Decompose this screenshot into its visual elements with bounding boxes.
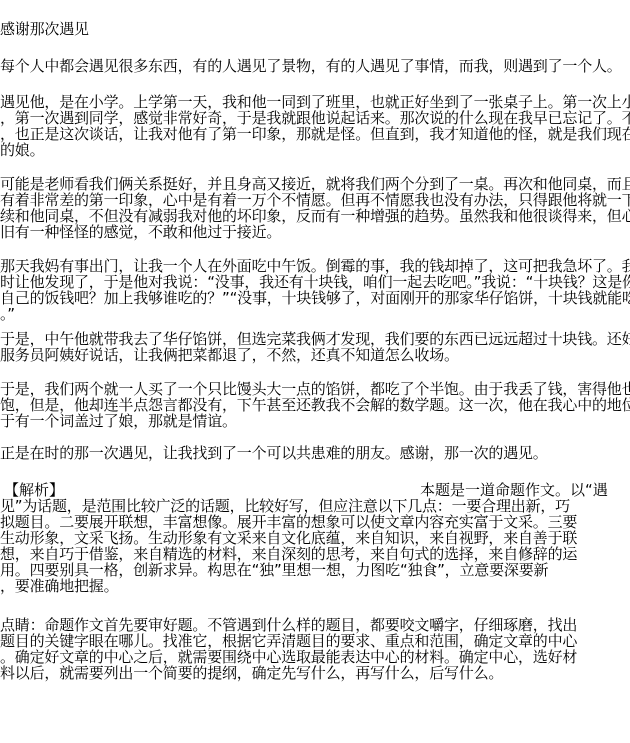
dianjing-line: 料以后，就需要列出一个简要的提纲，确定先写什么，再写什么，后写什么。 [0, 665, 503, 681]
dianjing-line: 题目的关键字眼在哪儿。找准它，根据它弄清题目的要求、重点和范围，确定文章的中心 [0, 633, 577, 649]
paragraph-line: 时让他发现了，于是他对我说：“没事，我还有十块钱，咱们一起去吃吧。”我说：“十块… [0, 274, 630, 290]
analysis-line: 用。四要别具一格，创新求异。构思在“独”里想一想，力图吃“独食”，立意要深要新 [0, 562, 548, 578]
paragraph-line: 有着非常差的第一印象，心中是有着一万个不情愿。但再不情愿我也没有办法，只得跟他将… [0, 192, 630, 208]
paragraph-line: 服务员阿姨好说话，让我俩把菜都退了，不然，还真不知道怎么收场。 [0, 347, 459, 363]
dianjing-line: 。确定好文章的中心之后，就需要围绕中心选取最能表达中心的材料。确定中心，选好材 [0, 649, 577, 665]
analysis-line: 生动形象，文采飞扬。生动形象有文采来自文化底蕴，来自知识，来自视野，来自善于联 [0, 530, 577, 546]
paragraph-line: ，也正是这次谈话，让我对他有了第一印象，那就是怪。但直到，我才知道他的怪，就是我… [0, 126, 630, 142]
essay-title: 感谢那次遇见 [0, 21, 89, 37]
analysis-line: 拟题目。二要展开联想，丰富想像。展开丰富的想象可以使文章内容充实富于文采。三要 [0, 514, 577, 530]
paragraph-line: 于有一个词盖过了娘，那就是情谊。 [0, 413, 237, 429]
paragraph-line: 于是，中午他就带我去了华仔馅饼，但选完菜我俩才发现，我们要的东西已远远超过十块钱… [0, 331, 630, 347]
analysis-line: 想，来自巧于借鉴，来自精选的材料，来自深刻的思考，来自句式的选择，来自修辞的运 [0, 546, 577, 562]
paragraph-line: 于是，我们两个就一人买了一个只比馒头大一点的馅饼，都吃了个半饱。由于我丢了钱，害… [0, 381, 630, 397]
paragraph-line: 遇见他，是在小学。上学第一天，我和他一同到了班里，也就正好坐到了一张桌子上。第一… [0, 94, 630, 110]
paragraph-line: 正是在时的那一次遇见，让我找到了一个可以共患难的朋友。感谢，那一次的遇见。 [0, 445, 548, 461]
paragraph-line: 每个人中都会遇见很多东西，有的人遇见了景物，有的人遇见了事情，而我，则遇到了一个… [0, 58, 622, 74]
paragraph-line: 的娘。 [0, 142, 44, 158]
dianjing-line: 点睛：命题作文首先要审好题。不管遇到什么样的题目，都要咬文嚼字，仔细琢磨，找出 [0, 617, 577, 633]
analysis-first-line: 本题是一道命题作文。以“遇 [420, 482, 608, 498]
paragraph-line: 续和他同桌，不但没有减弱我对他的坏印象，反而有一种增强的趋势。虽然我和他很谈得来… [0, 208, 630, 224]
analysis-line: 见”为话题，是范围比较广泛的话题，比较好写，但应注意以下几点：一要合理出新，巧 [0, 498, 570, 514]
paragraph-line: 自己的饭钱吧？加上我够谁吃的？”“没事，十块钱够了，对面刚开的那家华仔馅饼，十块… [0, 290, 630, 306]
paragraph-line: 那天我妈有事出门，让我一个人在外面吃中午饭。倒霉的事，我的钱却掉了，这可把我急坏… [0, 258, 630, 274]
paragraph-line: 旧有一种怪怪的感觉，不敢和他过于接近。 [0, 224, 281, 240]
analysis-line: ，要准确地把握。 [0, 578, 118, 594]
paragraph-line: 。” [0, 306, 15, 322]
paragraph-line: ，第一次遇到同学，感觉非常好奇，于是我就跟他说起话来。那次说的什么现在我早已忘记… [0, 110, 630, 126]
paragraph-line: 可能是老师看我们俩关系挺好，并且身高又接近，就将我们两个分到了一桌。再次和他同桌… [0, 176, 630, 192]
analysis-heading: 【解析】 [4, 482, 64, 498]
paragraph-line: 饱，但是，他却连半点怨言都没有，下午甚至还教我不会解的数学题。这一次，他在我心中… [0, 397, 630, 413]
